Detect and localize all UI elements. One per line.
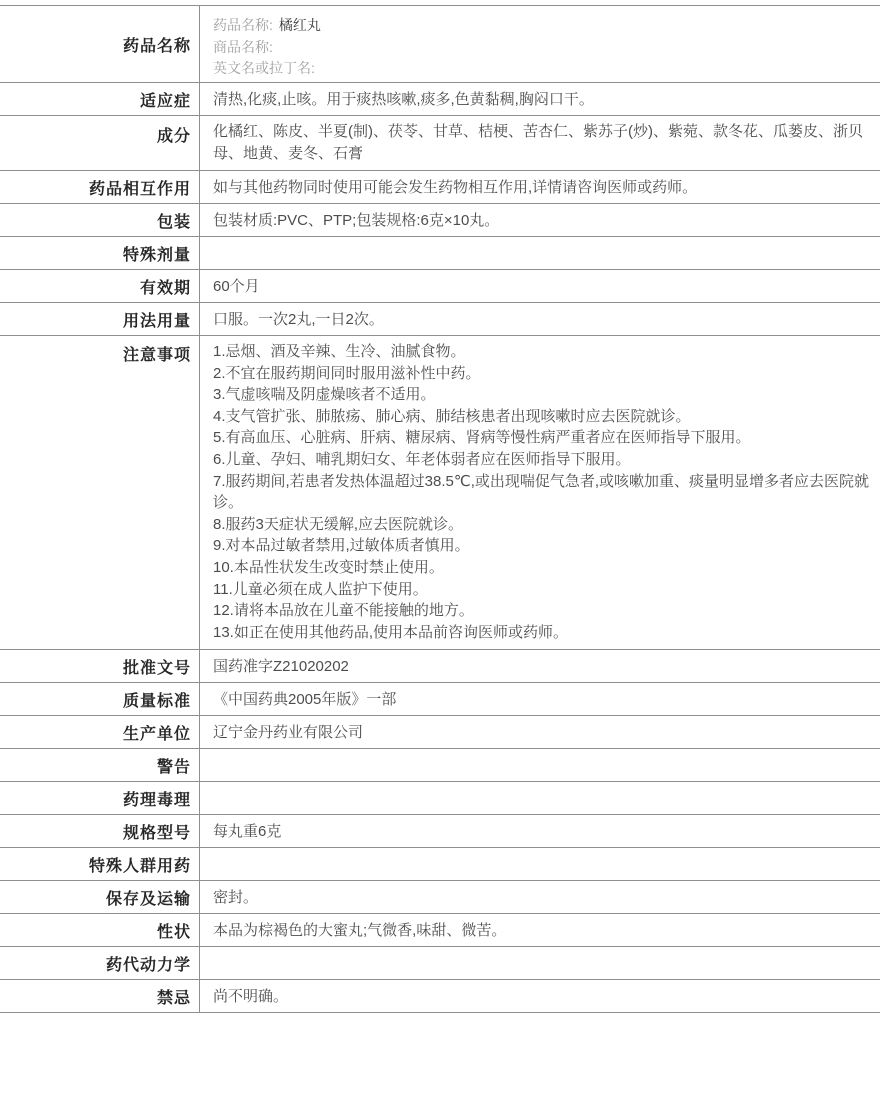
field-label: 英文名或拉丁名:	[213, 60, 315, 76]
row-content: 药品名称:橘红丸 商品名称: 英文名或拉丁名:	[200, 6, 880, 82]
precaution-item: 2.不宜在服药期间同时服用滋补性中药。	[213, 363, 870, 385]
row-label: 药理毒理	[0, 782, 200, 814]
row-label: 有效期	[0, 270, 200, 302]
table-row-pharmacology: 药理毒理	[0, 782, 880, 815]
field-value	[315, 60, 321, 76]
row-label: 批准文号	[0, 650, 200, 682]
table-row-characters: 性状 本品为棕褐色的大蜜丸;气微香,味甜、微苦。	[0, 914, 880, 947]
table-row-storage: 保存及运输 密封。	[0, 881, 880, 914]
table-row-special-populations: 特殊人群用药	[0, 848, 880, 881]
row-content: 包装材质:PVC、PTP;包装规格:6克×10丸。	[200, 204, 880, 236]
precaution-item: 3.气虚咳喘及阴虚燥咳者不适用。	[213, 384, 870, 406]
table-row-pharmacokinetics: 药代动力学	[0, 947, 880, 980]
row-content	[200, 848, 880, 880]
drug-name-field: 药品名称:橘红丸	[213, 15, 870, 37]
row-content: 化橘红、陈皮、半夏(制)、茯苓、甘草、桔梗、苦杏仁、紫苏子(炒)、紫菀、款冬花、…	[200, 116, 880, 170]
row-label: 生产单位	[0, 716, 200, 748]
row-label: 包装	[0, 204, 200, 236]
row-label: 禁忌	[0, 980, 200, 1012]
row-content: 60个月	[200, 270, 880, 302]
row-label: 注意事项	[0, 336, 200, 649]
row-label: 规格型号	[0, 815, 200, 847]
row-label: 药品相互作用	[0, 171, 200, 203]
row-content: 密封。	[200, 881, 880, 913]
row-label: 保存及运输	[0, 881, 200, 913]
precaution-item: 5.有高血压、心脏病、肝病、糖尿病、肾病等慢性病严重者应在医师指导下服用。	[213, 427, 870, 449]
drug-info-table: 药品名称 药品名称:橘红丸 商品名称: 英文名或拉丁名: 适应症 清热,化痰,止…	[0, 5, 880, 1013]
row-content: 本品为棕褐色的大蜜丸;气微香,味甜、微苦。	[200, 914, 880, 946]
precaution-item: 7.服药期间,若患者发热体温超过38.5℃,或出现喘促气急者,或咳嗽加重、痰量明…	[213, 471, 870, 514]
table-row-approval-number: 批准文号 国药准字Z21020202	[0, 650, 880, 683]
table-row-specification: 规格型号 每丸重6克	[0, 815, 880, 848]
row-content: 尚不明确。	[200, 980, 880, 1012]
table-row-manufacturer: 生产单位 辽宁金丹药业有限公司	[0, 716, 880, 749]
row-content: 国药准字Z21020202	[200, 650, 880, 682]
row-content	[200, 947, 880, 979]
field-label: 药品名称:	[213, 17, 273, 33]
table-row-contraindications: 禁忌 尚不明确。	[0, 980, 880, 1013]
row-label: 用法用量	[0, 303, 200, 335]
table-row-indications: 适应症 清热,化痰,止咳。用于痰热咳嗽,痰多,色黄黏稠,胸闷口干。	[0, 83, 880, 116]
field-label: 商品名称:	[213, 39, 273, 55]
row-content: 辽宁金丹药业有限公司	[200, 716, 880, 748]
precaution-item: 11.儿童必须在成人监护下使用。	[213, 579, 870, 601]
row-content: 《中国药典2005年版》一部	[200, 683, 880, 715]
precaution-item: 13.如正在使用其他药品,使用本品前咨询医师或药师。	[213, 622, 870, 644]
field-value	[273, 39, 279, 55]
row-label: 特殊人群用药	[0, 848, 200, 880]
table-row-drug-name: 药品名称 药品名称:橘红丸 商品名称: 英文名或拉丁名:	[0, 6, 880, 83]
table-row-ingredients: 成分 化橘红、陈皮、半夏(制)、茯苓、甘草、桔梗、苦杏仁、紫苏子(炒)、紫菀、款…	[0, 116, 880, 171]
precaution-item: 8.服药3天症状无缓解,应去医院就诊。	[213, 514, 870, 536]
row-content: 如与其他药物同时使用可能会发生药物相互作用,详情请咨询医师或药师。	[200, 171, 880, 203]
row-content	[200, 237, 880, 269]
precaution-item: 4.支气管扩张、肺脓疡、肺心病、肺结核患者出现咳嗽时应去医院就诊。	[213, 406, 870, 428]
row-content: 每丸重6克	[200, 815, 880, 847]
row-content	[200, 782, 880, 814]
table-row-packaging: 包装 包装材质:PVC、PTP;包装规格:6克×10丸。	[0, 204, 880, 237]
trade-name-field: 商品名称:	[213, 37, 870, 59]
row-label: 特殊剂量	[0, 237, 200, 269]
row-label: 成分	[0, 116, 200, 170]
precaution-item: 9.对本品过敏者禁用,过敏体质者慎用。	[213, 535, 870, 557]
precaution-item: 10.本品性状发生改变时禁止使用。	[213, 557, 870, 579]
row-label: 药品名称	[0, 6, 200, 82]
row-label: 警告	[0, 749, 200, 781]
row-content	[200, 749, 880, 781]
row-label: 药代动力学	[0, 947, 200, 979]
field-value: 橘红丸	[273, 17, 321, 33]
english-name-field: 英文名或拉丁名:	[213, 58, 870, 80]
precaution-item: 1.忌烟、酒及辛辣、生冷、油腻食物。	[213, 341, 870, 363]
table-row-interactions: 药品相互作用 如与其他药物同时使用可能会发生药物相互作用,详情请咨询医师或药师。	[0, 171, 880, 204]
precaution-item: 12.请将本品放在儿童不能接触的地方。	[213, 600, 870, 622]
table-row-dosage: 用法用量 口服。一次2丸,一日2次。	[0, 303, 880, 336]
table-row-precautions: 注意事项 1.忌烟、酒及辛辣、生冷、油腻食物。 2.不宜在服药期间同时服用滋补性…	[0, 336, 880, 650]
row-label: 性状	[0, 914, 200, 946]
table-row-special-dosage: 特殊剂量	[0, 237, 880, 270]
table-row-shelf-life: 有效期 60个月	[0, 270, 880, 303]
row-label: 质量标准	[0, 683, 200, 715]
table-row-quality-standard: 质量标准 《中国药典2005年版》一部	[0, 683, 880, 716]
table-row-warning: 警告	[0, 749, 880, 782]
row-content: 清热,化痰,止咳。用于痰热咳嗽,痰多,色黄黏稠,胸闷口干。	[200, 83, 880, 115]
row-content: 口服。一次2丸,一日2次。	[200, 303, 880, 335]
precaution-item: 6.儿童、孕妇、哺乳期妇女、年老体弱者应在医师指导下服用。	[213, 449, 870, 471]
row-content: 1.忌烟、酒及辛辣、生冷、油腻食物。 2.不宜在服药期间同时服用滋补性中药。 3…	[200, 336, 880, 649]
row-label: 适应症	[0, 83, 200, 115]
